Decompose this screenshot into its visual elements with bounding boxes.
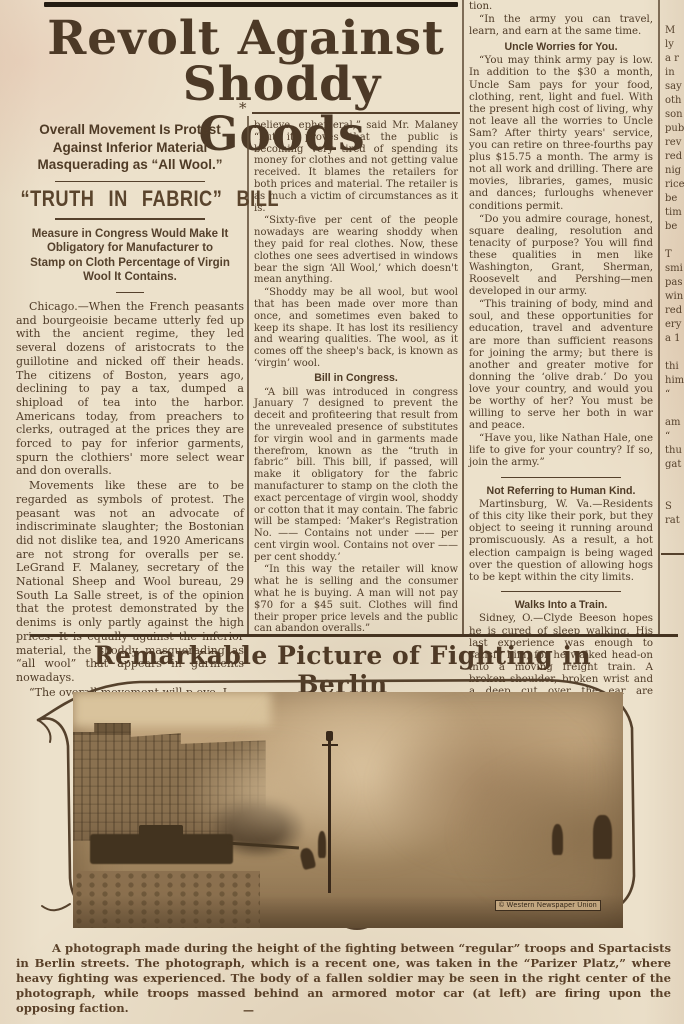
paragraph: Chicago.—When the French peasants and bo… <box>16 300 244 478</box>
paragraph: “Shoddy may be all wool, but wool that h… <box>254 287 458 370</box>
paragraph: “This training of body, mind and soul, a… <box>469 299 653 432</box>
subhead-bill-in-congress: Bill in Congress. <box>254 373 458 385</box>
deck-bottom: Measure in Congress Would Make It Obliga… <box>16 227 244 285</box>
paragraph: Martinsburg, W. Va.—Residents of this ci… <box>469 499 653 584</box>
sky-patch <box>73 692 271 727</box>
column3-top-fragment: tion. <box>469 1 653 13</box>
soldier-silhouette <box>552 824 563 855</box>
deck-top: Overall Movement Is Protest Against Infe… <box>16 121 244 174</box>
column-divider-3 <box>658 0 660 634</box>
paragraph: “You may think army pay is low. In addit… <box>469 55 653 212</box>
paragraph: “In the army you can travel, learn, and … <box>469 14 653 38</box>
paragraph: “A bill was introduced in congress Janua… <box>254 387 458 564</box>
divider-rule <box>55 181 205 183</box>
paragraph: believe, ephemeral,” said Mr. Malaney “b… <box>254 120 458 214</box>
column4-rule <box>661 553 684 555</box>
lamp-post-head <box>326 731 333 741</box>
divider-rule <box>501 591 621 593</box>
armored-car-turret <box>139 825 183 837</box>
top-rule-bar <box>44 2 458 7</box>
column-2: believe, ephemeral,” said Mr. Malaney “b… <box>254 120 458 636</box>
lamp-post <box>328 739 331 892</box>
photo-caption: A photograph made during the height of t… <box>16 941 671 1016</box>
armored-car-silhouette <box>90 834 233 865</box>
lamp-post-arm <box>322 744 338 746</box>
caption-end-dash: — <box>243 1004 254 1017</box>
printers-asterisk-mark: * <box>239 99 247 117</box>
paragraph: “Do you admire courage, honest, square d… <box>469 214 653 299</box>
paragraph: “In this way the retailer will know what… <box>254 564 458 635</box>
subhead-not-referring: Not Referring to Human Kind. <box>469 485 653 497</box>
column-4-clipped-fragments: M ly a r in say oth son pub rev red nig … <box>665 24 684 528</box>
kicker-truth-in-fabric: “TRUTH IN FABRIC” BILL <box>21 187 240 212</box>
column1-body: Chicago.—When the French peasants and bo… <box>16 300 244 699</box>
paragraph: “Sixty-five per cent of the people nowad… <box>254 215 458 286</box>
divider-rule-small <box>116 292 144 294</box>
soldier-silhouette-right-edge <box>593 815 612 859</box>
paragraph: “Have you, like Nathan Hale, one life to… <box>469 433 653 469</box>
figure-silhouette-standing <box>318 831 326 858</box>
column2-top-rule <box>252 112 460 114</box>
section-divider-rule <box>30 634 678 637</box>
smoke-drift <box>183 739 348 845</box>
column-divider-2 <box>462 0 464 634</box>
photo-berlin-fighting: © Western Newspaper Union <box>73 692 623 928</box>
column-1: Overall Movement Is Protest Against Infe… <box>16 121 244 700</box>
subhead-uncle-worries: Uncle Worries for You. <box>469 41 653 53</box>
divider-rule <box>55 218 205 220</box>
subhead-walks-into-train: Walks Into a Train. <box>469 599 653 611</box>
photo-credit-watermark: © Western Newspaper Union <box>495 900 601 911</box>
column-3: tion. “In the army you can travel, learn… <box>469 1 653 711</box>
divider-rule <box>501 477 621 479</box>
